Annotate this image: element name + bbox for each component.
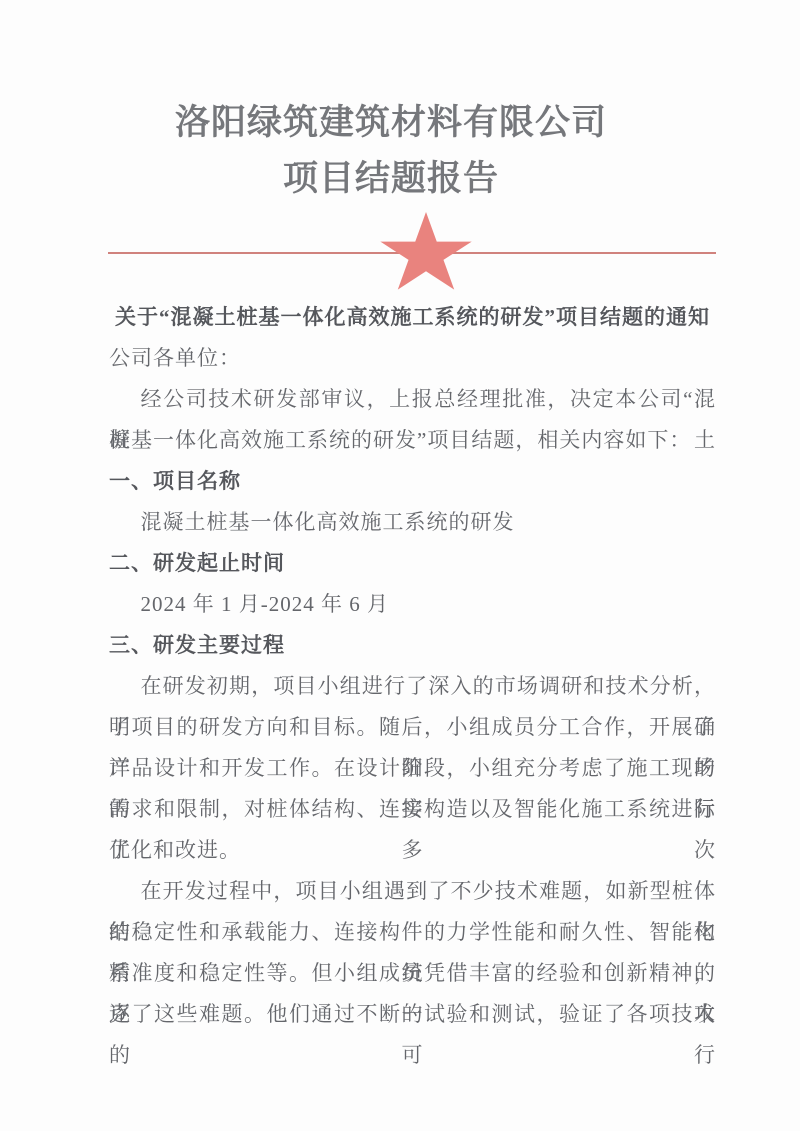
- intro-paragraph-line: 经公司技术研发部审议，上报总经理批准，决定本公司“混凝土: [109, 379, 716, 420]
- process-paragraph-line: 了项目的研发方向和目标。随后，小组成员分工合作，开展了详细的: [109, 707, 716, 748]
- report-title: 项目结题报告: [0, 156, 791, 202]
- company-name: 洛阳绿筑建筑材料有限公司: [0, 100, 791, 146]
- red-star-icon: [378, 212, 474, 290]
- document-body: 关于“混凝土桩基一体化高效施工系统的研发”项目结题的通知 公司各单位： 经公司技…: [109, 297, 716, 1035]
- process-paragraph-line: 在开发过程中，项目小组遇到了不少技术难题，如新型桩体结构: [109, 871, 716, 912]
- section-3-heading: 三、研发主要过程: [109, 625, 716, 666]
- intro-paragraph-line: 桩基一体化高效施工系统的研发”项目结题，相关内容如下：: [109, 420, 716, 461]
- section-2-heading: 二、研发起止时间: [109, 543, 716, 584]
- document-title: 洛阳绿筑建筑材料有限公司 项目结题报告: [0, 100, 791, 202]
- process-paragraph-line: 精准度和稳定性等。但小组成员凭借丰富的经验和创新精神，逐一攻: [109, 953, 716, 994]
- process-paragraph-line: 克了这些难题。他们通过不断的试验和测试，验证了各项技术的可行: [109, 994, 716, 1035]
- salutation: 公司各单位：: [109, 338, 716, 379]
- project-date-range: 2024 年 1 月-2024 年 6 月: [109, 584, 716, 625]
- process-paragraph-line: 产品设计和开发工作。在设计阶段，小组充分考虑了施工现场的实际: [109, 748, 716, 789]
- document-page: 洛阳绿筑建筑材料有限公司 项目结题报告 关于“混凝土桩基一体化高效施工系统的研发…: [0, 0, 800, 1131]
- project-name: 混凝土桩基一体化高效施工系统的研发: [109, 502, 716, 543]
- notice-title: 关于“混凝土桩基一体化高效施工系统的研发”项目结题的通知: [109, 297, 716, 338]
- process-paragraph-line: 的稳定性和承载能力、连接构件的力学性能和耐久性、智能化系统的: [109, 912, 716, 953]
- process-paragraph-line: 需求和限制，对桩体结构、连接构造以及智能化施工系统进行了多次: [109, 789, 716, 830]
- section-1-heading: 一、项目名称: [109, 461, 716, 502]
- process-paragraph-line: 在研发初期，项目小组进行了深入的市场调研和技术分析，明确: [109, 666, 716, 707]
